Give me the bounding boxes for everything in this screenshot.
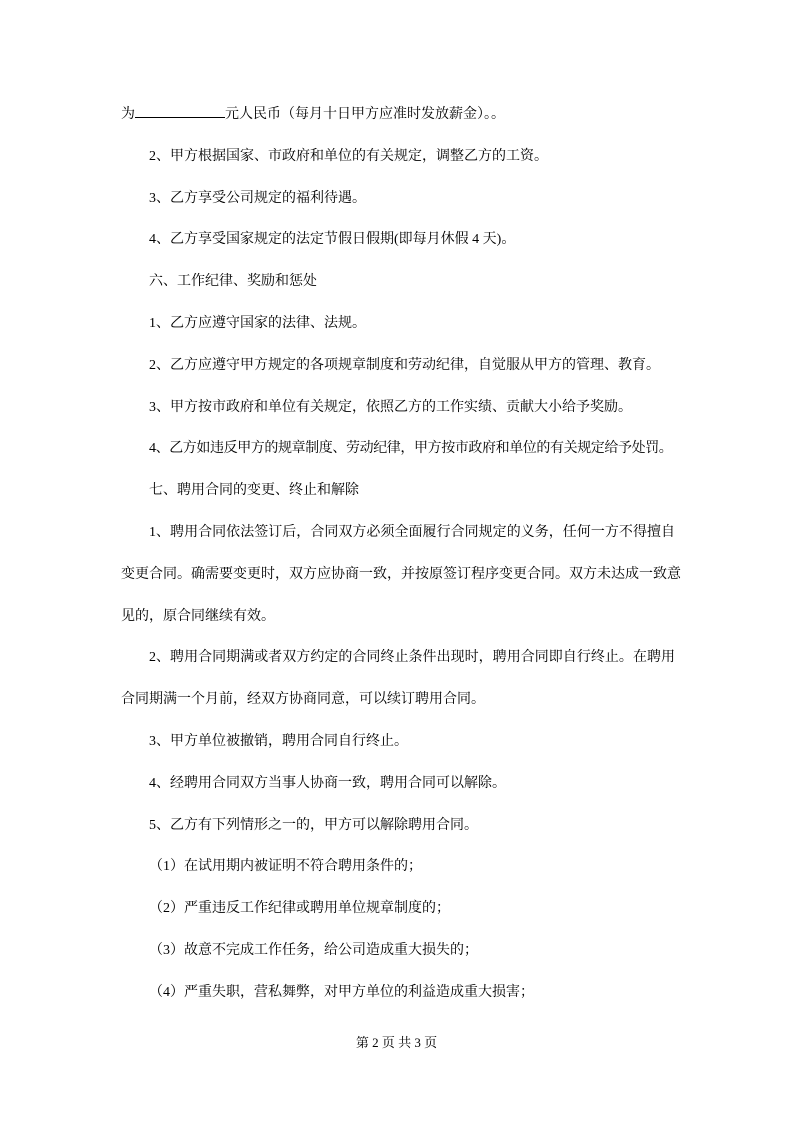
clause-unit-revoked: 3、甲方单位被撤销，聘用合同自行终止。 (121, 721, 675, 763)
clause-expiry-line1: 2、聘用合同期满或者双方约定的合同终止条件出现时，聘用合同即自行终止。在聘用 (121, 637, 675, 679)
line-suffix: 元人民币（每月十日甲方应准时发放薪金）。。 (225, 107, 505, 122)
page-footer: 第 2 页 共 3 页 (0, 1036, 793, 1050)
item-1-probation: （1）在试用期内被证明不符合聘用条件的； (121, 846, 675, 888)
salary-amount-continuation-line: 为元人民币（每月十日甲方应准时发放薪金）。。 (121, 94, 675, 136)
clause-change-line2: 变更合同。确需要变更时，双方应协商一致，并按原签订程序变更合同。双方未达成一致意 (121, 554, 675, 596)
section-six-heading: 六、工作纪律、奖励和惩处 (121, 261, 675, 303)
clause-change-line1: 1、聘用合同依法签订后，合同双方必须全面履行合同规定的义务，任何一方不得擅自 (121, 512, 675, 554)
clause-change-line3: 见的，原合同继续有效。 (121, 596, 675, 638)
item-2-discipline: （2）严重违反工作纪律或聘用单位规章制度的； (121, 888, 675, 930)
clause-wage-adjustment: 2、甲方根据国家、市政府和单位的有关规定，调整乙方的工资。 (121, 136, 675, 178)
item-3-tasks: （3）故意不完成工作任务，给公司造成重大损失的； (121, 930, 675, 972)
fill-in-blank-underline (135, 103, 225, 118)
document-page: 为元人民币（每月十日甲方应准时发放薪金）。。2、甲方根据国家、市政府和单位的有关… (0, 0, 793, 1122)
clause-obey-law: 1、乙方应遵守国家的法律、法规。 (121, 303, 675, 345)
line-prefix: 为 (121, 107, 135, 122)
clause-rewards: 3、甲方按市政府和单位有关规定，依照乙方的工作实绩、贡献大小给予奖励。 (121, 387, 675, 429)
clause-obey-rules: 2、乙方应遵守甲方规定的各项规章制度和劳动纪律，自觉服从甲方的管理、教育。 (121, 345, 675, 387)
clause-expiry-line2: 合同期满一个月前，经双方协商同意，可以续订聘用合同。 (121, 679, 675, 721)
clause-employer-termination: 5、乙方有下列情形之一的，甲方可以解除聘用合同。 (121, 805, 675, 847)
document-body: 为元人民币（每月十日甲方应准时发放薪金）。。2、甲方根据国家、市政府和单位的有关… (121, 94, 675, 1014)
section-seven-heading: 七、聘用合同的变更、终止和解除 (121, 470, 675, 512)
clause-punishment: 4、乙方如违反甲方的规章制度、劳动纪律，甲方按市政府和单位的有关规定给予处罚。 (121, 428, 675, 470)
clause-mutual-termination: 4、经聘用合同双方当事人协商一致，聘用合同可以解除。 (121, 763, 675, 805)
clause-welfare: 3、乙方享受公司规定的福利待遇。 (121, 178, 675, 220)
item-4-dereliction: （4）严重失职，营私舞弊，对甲方单位的利益造成重大损害； (121, 972, 675, 1014)
clause-holidays: 4、乙方享受国家规定的法定节假日假期(即每月休假 4 天)。 (121, 219, 675, 261)
